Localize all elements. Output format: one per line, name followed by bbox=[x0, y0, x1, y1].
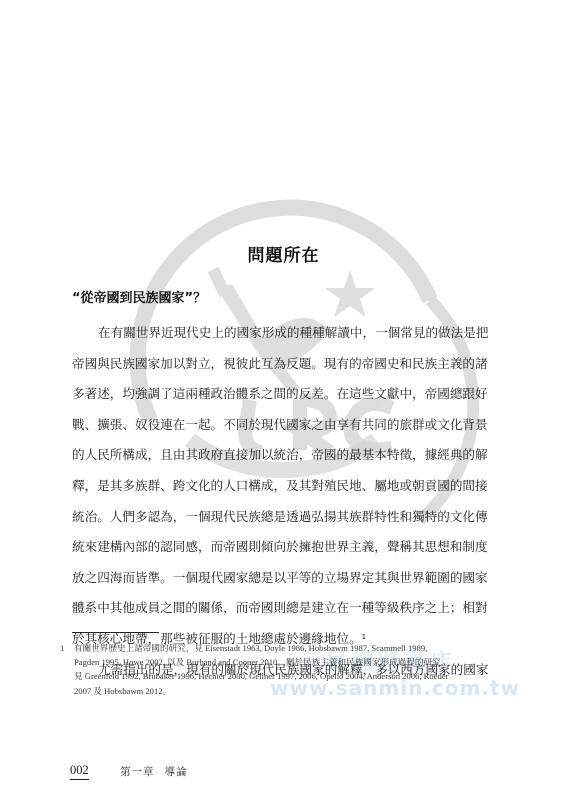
text-line: 多著述，均強調了這兩種政治體系之間的反差。在這些文獻中，帝國總跟好 bbox=[72, 379, 504, 410]
text-line: 放之四海而皆準。一個現代國家總是以平等的立場界定其與世界範圍的國家 bbox=[72, 563, 504, 594]
footnote-number: 1 bbox=[60, 641, 74, 655]
footnote-line: 見 Greenfeld 1992, Brubaker 1996, Hechter… bbox=[60, 669, 520, 683]
text-line: 的人民所構成，且由其政府直接加以統治，帝國的最基本特徵，據經典的解 bbox=[72, 440, 504, 471]
text-line: 統治。人們多認為，一個現代民族總是透過弘揚其族群特性和獨特的文化傳 bbox=[72, 502, 504, 533]
chapter-name: 導論 bbox=[165, 766, 188, 778]
footnote-reference[interactable]: 1 bbox=[362, 633, 366, 641]
text-line: 體系中其他成員之間的關係，而帝國則總是建立在一種等級秩序之上；相對 bbox=[72, 593, 504, 624]
chapter-title: 問題所在 bbox=[0, 241, 567, 266]
text-line: 帝國與民族國家加以對立，視彼此互為反題。現有的帝國史和民族主義的諸 bbox=[72, 349, 504, 380]
footnote-line: Pagden 1995, Howe 2002, 以及 Burband and C… bbox=[60, 655, 520, 669]
footnote-divider bbox=[72, 632, 159, 633]
page-footer: 002 第一章導論 bbox=[70, 763, 89, 780]
chapter-label: 第一章 bbox=[120, 766, 155, 778]
text-line: 釋，是其多族群、跨文化的人口構成，及其對殖民地、屬地或朝貢國的間接 bbox=[72, 471, 504, 502]
footnote-text: 有關世界歷史上諸帝國的研究，見 Eisenstadt 1963, Doyle 1… bbox=[74, 643, 427, 653]
footnote: 1有關世界歷史上諸帝國的研究，見 Eisenstadt 1963, Doyle … bbox=[60, 641, 520, 698]
text-line: 戰、擴張、奴役連在一起。不同於現代國家之由享有共同的旅群或文化背景 bbox=[72, 410, 504, 441]
text-line: 在有關世界近現代史上的國家形成的種種解讀中，一個常見的做法是把 bbox=[72, 318, 504, 349]
page-number: 002 bbox=[70, 763, 89, 780]
text-line: 統來建構內部的認同感，而帝國則傾向於擁抱世界主義，聲稱其思想和制度 bbox=[72, 532, 504, 563]
paragraph-1: 在有關世界近現代史上的國家形成的種種解讀中，一個常見的做法是把 帝國與民族國家加… bbox=[72, 318, 504, 655]
body-text: 在有關世界近現代史上的國家形成的種種解讀中，一個常見的做法是把 帝國與民族國家加… bbox=[72, 318, 504, 685]
star-icon bbox=[325, 270, 375, 317]
running-head: 第一章導論 bbox=[120, 764, 188, 779]
section-heading: “從帝國到民族國家”？ bbox=[72, 287, 206, 306]
footnote-line: 2007 及 Hobsbawm 2012。 bbox=[60, 684, 520, 698]
footnote-line: 1有關世界歷史上諸帝國的研究，見 Eisenstadt 1963, Doyle … bbox=[60, 641, 520, 655]
